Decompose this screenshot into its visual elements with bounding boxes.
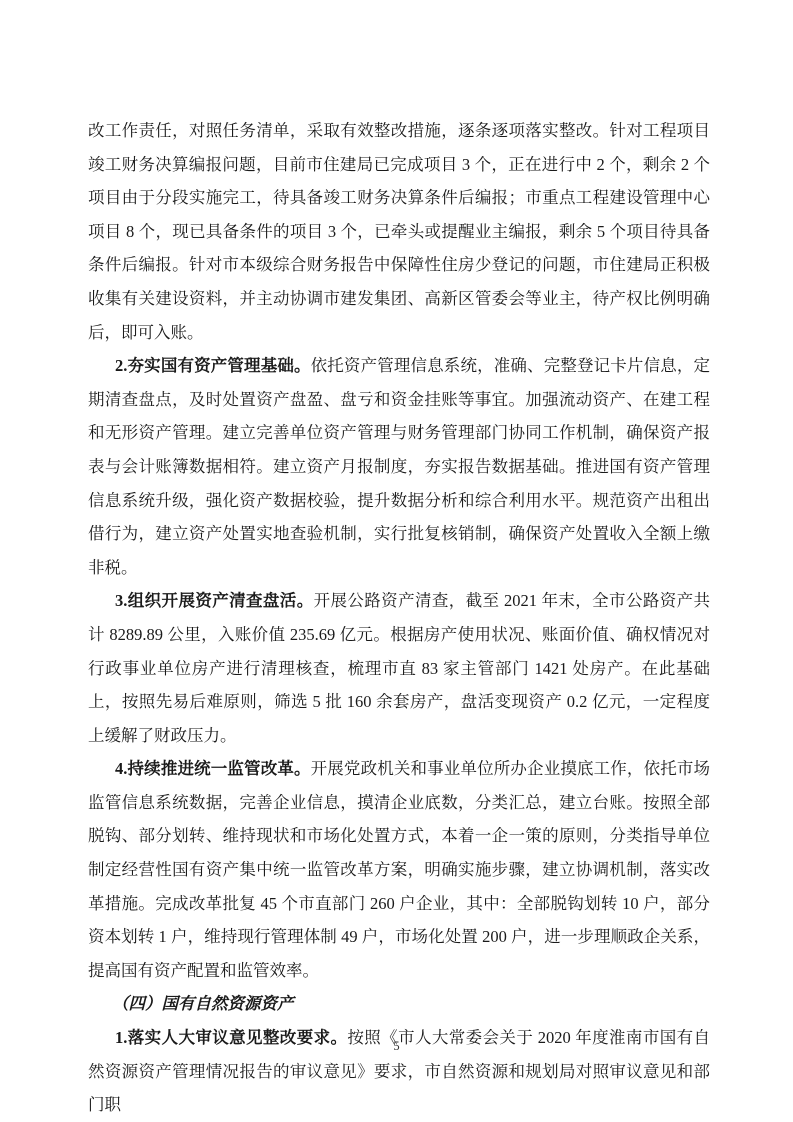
paragraph-lead: 3.组织开展资产清查盘活。 — [115, 591, 314, 610]
paragraph-continuation: 改工作责任，对照任务清单，采取有效整改措施，逐条逐项落实整改。针对工程项目竣工财… — [88, 114, 710, 349]
paragraph-text: 开展公路资产清查，截至 2021 年末，全市公路资产共计 8289.89 公里，… — [88, 591, 710, 744]
paragraph-lead: 4.持续推进统一监管改革。 — [115, 759, 311, 778]
paragraph-text: 改工作责任，对照任务清单，采取有效整改措施，逐条逐项落实整改。针对工程项目竣工财… — [88, 121, 710, 342]
document-page: 改工作责任，对照任务清单，采取有效整改措施，逐条逐项落实整改。针对工程项目竣工财… — [0, 0, 793, 1122]
paragraph-text: 开展党政机关和事业单位所办企业摸底工作，依托市场监管信息系统数据，完善企业信息，… — [88, 759, 710, 980]
paragraph-text: 依托资产管理信息系统，准确、完整登记卡片信息，定期清查盘点，及时处置资产盘盈、盘… — [88, 356, 710, 577]
paragraph-lead: 2.夯实国有资产管理基础。 — [115, 356, 311, 375]
page-number: 5 — [0, 1038, 793, 1054]
paragraph-asset-management-basis: 2.夯实国有资产管理基础。依托资产管理信息系统，准确、完整登记卡片信息，定期清查… — [88, 349, 710, 584]
paragraph-unified-supervision-reform: 4.持续推进统一监管改革。开展党政机关和事业单位所办企业摸底工作，依托市场监管信… — [88, 752, 710, 987]
paragraph-asset-inventory: 3.组织开展资产清查盘活。开展公路资产清查，截至 2021 年末，全市公路资产共… — [88, 584, 710, 752]
paragraph-npc-review-rectification: 1.落实人大审议意见整改要求。按照《市人大常委会关于 2020 年度淮南市国有自… — [88, 1021, 710, 1122]
section-heading-natural-resources: （四）国有自然资源资产 — [88, 987, 710, 1021]
page-body: 改工作责任，对照任务清单，采取有效整改措施，逐条逐项落实整改。针对工程项目竣工财… — [0, 0, 793, 1122]
